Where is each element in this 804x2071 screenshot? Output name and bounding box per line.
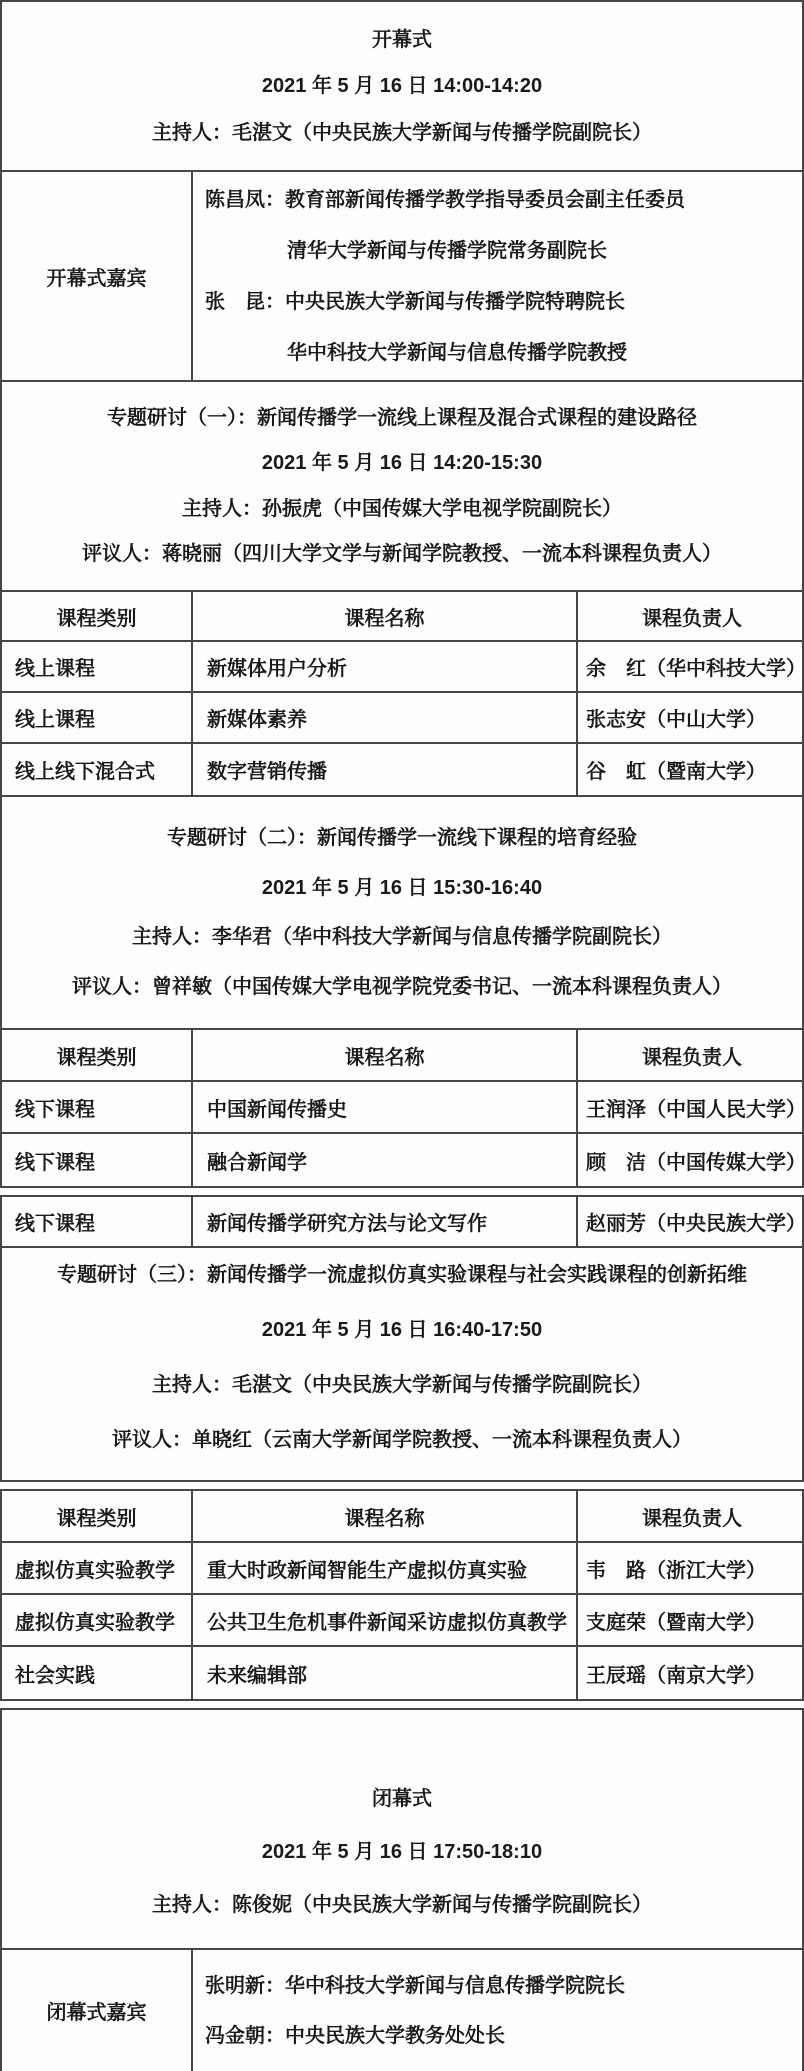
seminar1-host: 主持人：孙振虎（中国传媒大学电视学院副院长） (182, 496, 622, 522)
header-course-category: 课程类别 (2, 1030, 193, 1080)
seminar1-course-table: 课程类别 课程名称 课程负责人 线上课程 新媒体用户分析 余 红（华中科技大学）… (0, 592, 804, 797)
course-row: 线下课程 中国新闻传播史 王润泽（中国人民大学） (2, 1082, 802, 1134)
conference-agenda-document: 开幕式 2021 年 5 月 16 日 14:00-14:20 主持人：毛湛文（… (0, 0, 804, 2071)
seminar2-host: 主持人：李华君（华中科技大学新闻与信息传播学院副院长） (132, 924, 672, 950)
course-category-cell: 虚拟仿真实验教学 (2, 1543, 193, 1593)
seminar2-course-table-part-a: 课程类别 课程名称 课程负责人 线下课程 中国新闻传播史 王润泽（中国人民大学）… (0, 1030, 804, 1188)
course-row: 线上课程 新媒体素养 张志安（中山大学） (2, 693, 802, 744)
seminar1-section: 专题研讨（一）：新闻传播学一流线上课程及混合式课程的建设路径 2021 年 5 … (0, 382, 804, 592)
guest-line: 华中科技大学新闻与信息传播学院教授 (205, 340, 802, 366)
course-category-cell: 社会实践 (2, 1647, 193, 1699)
seminar3-datetime: 2021 年 5 月 16 日 16:40-17:50 (262, 1317, 542, 1343)
seminar2-title: 专题研讨（二）：新闻传播学一流线下课程的培育经验 (167, 825, 637, 851)
seminar2-reviewer: 评议人：曾祥敏（中国传媒大学电视学院党委书记、一流本科课程负责人） (72, 974, 732, 1000)
table-header-row: 课程类别 课程名称 课程负责人 (2, 1491, 802, 1543)
header-course-category: 课程类别 (2, 1491, 193, 1541)
closing-section: 闭幕式 2021 年 5 月 16 日 17:50-18:10 主持人：陈俊妮（… (0, 1708, 804, 1950)
course-name-cell: 未来编辑部 (193, 1647, 578, 1699)
course-category-cell: 虚拟仿真实验教学 (2, 1595, 193, 1645)
table-header-row: 课程类别 课程名称 课程负责人 (2, 1030, 802, 1082)
course-leader-cell: 王辰瑶（南京大学） (578, 1647, 804, 1699)
header-course-category: 课程类别 (2, 592, 193, 640)
seminar3-course-table: 课程类别 课程名称 课程负责人 虚拟仿真实验教学 重大时政新闻智能生产虚拟仿真实… (0, 1489, 804, 1701)
course-leader-cell: 顾 洁（中国传媒大学） (578, 1134, 804, 1186)
closing-guests-list: 张明新：华中科技大学新闻与信息传播学院院长 冯金朝：中央民族大学教务处处长 (193, 1950, 802, 2071)
opening-section: 开幕式 2021 年 5 月 16 日 14:00-14:20 主持人：毛湛文（… (0, 0, 804, 172)
seminar1-title: 专题研讨（一）：新闻传播学一流线上课程及混合式课程的建设路径 (107, 405, 697, 431)
table-split-gap (0, 1701, 804, 1708)
course-name-cell: 新媒体素养 (193, 693, 578, 742)
course-name-cell: 融合新闻学 (193, 1134, 578, 1186)
course-category-cell: 线上线下混合式 (2, 744, 193, 795)
course-category-cell: 线下课程 (2, 1134, 193, 1186)
course-leader-cell: 韦 路（浙江大学） (578, 1543, 804, 1593)
table-split-gap (0, 1482, 804, 1489)
course-row: 线下课程 新闻传播学研究方法与论文写作 赵丽芳（中央民族大学） (2, 1197, 802, 1246)
closing-host: 主持人：陈俊妮（中央民族大学新闻与传播学院副院长） (152, 1892, 652, 1918)
opening-datetime: 2021 年 5 月 16 日 14:00-14:20 (262, 73, 542, 99)
closing-title: 闭幕式 (372, 1786, 432, 1812)
table-split-gap (0, 1188, 804, 1195)
closing-guests-row: 闭幕式嘉宾 张明新：华中科技大学新闻与信息传播学院院长 冯金朝：中央民族大学教务… (0, 1950, 804, 2071)
opening-host: 主持人：毛湛文（中央民族大学新闻与传播学院副院长） (152, 120, 652, 146)
course-row: 社会实践 未来编辑部 王辰瑶（南京大学） (2, 1647, 802, 1699)
course-name-cell: 新闻传播学研究方法与论文写作 (193, 1197, 578, 1246)
guest-line: 冯金朝：中央民族大学教务处处长 (205, 2023, 802, 2049)
course-leader-cell: 赵丽芳（中央民族大学） (578, 1197, 804, 1246)
guest-line: 张 昆：中央民族大学新闻与传播学院特聘院长 (205, 289, 802, 315)
seminar3-title: 专题研讨（三）：新闻传播学一流虚拟仿真实验课程与社会实践课程的创新拓维 (57, 1262, 747, 1288)
seminar3-reviewer: 评议人：单晓红（云南大学新闻学院教授、一流本科课程负责人） (112, 1427, 692, 1453)
header-course-name: 课程名称 (193, 1030, 578, 1080)
course-leader-cell: 余 红（华中科技大学） (578, 642, 804, 691)
header-course-name: 课程名称 (193, 1491, 578, 1541)
course-category-cell: 线上课程 (2, 693, 193, 742)
guest-line: 陈昌凤：教育部新闻传播学教学指导委员会副主任委员 (205, 187, 802, 213)
seminar1-datetime: 2021 年 5 月 16 日 14:20-15:30 (262, 450, 542, 476)
header-course-leader: 课程负责人 (578, 592, 804, 640)
seminar3-host: 主持人：毛湛文（中央民族大学新闻与传播学院副院长） (152, 1372, 652, 1398)
course-leader-cell: 谷 虹（暨南大学） (578, 744, 804, 795)
opening-guests-list: 陈昌凤：教育部新闻传播学教学指导委员会副主任委员 清华大学新闻与传播学院常务副院… (193, 172, 802, 380)
seminar2-section: 专题研讨（二）：新闻传播学一流线下课程的培育经验 2021 年 5 月 16 日… (0, 797, 804, 1030)
seminar2-course-table-part-b: 线下课程 新闻传播学研究方法与论文写作 赵丽芳（中央民族大学） (0, 1195, 804, 1248)
course-leader-cell: 张志安（中山大学） (578, 693, 804, 742)
header-course-leader: 课程负责人 (578, 1030, 804, 1080)
course-leader-cell: 支庭荣（暨南大学） (578, 1595, 804, 1645)
opening-guests-row: 开幕式嘉宾 陈昌凤：教育部新闻传播学教学指导委员会副主任委员 清华大学新闻与传播… (0, 172, 804, 382)
seminar3-section: 专题研讨（三）：新闻传播学一流虚拟仿真实验课程与社会实践课程的创新拓维 2021… (0, 1248, 804, 1482)
seminar2-datetime: 2021 年 5 月 16 日 15:30-16:40 (262, 875, 542, 901)
course-row: 线上课程 新媒体用户分析 余 红（华中科技大学） (2, 642, 802, 693)
opening-guests-label: 开幕式嘉宾 (2, 172, 193, 380)
course-name-cell: 中国新闻传播史 (193, 1082, 578, 1132)
header-course-leader: 课程负责人 (578, 1491, 804, 1541)
course-category-cell: 线下课程 (2, 1197, 193, 1246)
course-leader-cell: 王润泽（中国人民大学） (578, 1082, 804, 1132)
course-category-cell: 线上课程 (2, 642, 193, 691)
course-name-cell: 重大时政新闻智能生产虚拟仿真实验 (193, 1543, 578, 1593)
course-row: 线上线下混合式 数字营销传播 谷 虹（暨南大学） (2, 744, 802, 795)
closing-datetime: 2021 年 5 月 16 日 17:50-18:10 (262, 1839, 542, 1865)
course-row: 虚拟仿真实验教学 公共卫生危机事件新闻采访虚拟仿真教学 支庭荣（暨南大学） (2, 1595, 802, 1647)
course-name-cell: 公共卫生危机事件新闻采访虚拟仿真教学 (193, 1595, 578, 1645)
seminar1-reviewer: 评议人：蒋晓丽（四川大学文学与新闻学院教授、一流本科课程负责人） (82, 541, 722, 567)
closing-guests-label: 闭幕式嘉宾 (2, 1950, 193, 2071)
guest-line: 清华大学新闻与传播学院常务副院长 (205, 238, 802, 264)
guest-line: 张明新：华中科技大学新闻与信息传播学院院长 (205, 1973, 802, 1999)
opening-title: 开幕式 (372, 27, 432, 53)
header-course-name: 课程名称 (193, 592, 578, 640)
table-header-row: 课程类别 课程名称 课程负责人 (2, 592, 802, 642)
course-name-cell: 数字营销传播 (193, 744, 578, 795)
course-row: 线下课程 融合新闻学 顾 洁（中国传媒大学） (2, 1134, 802, 1186)
course-name-cell: 新媒体用户分析 (193, 642, 578, 691)
course-row: 虚拟仿真实验教学 重大时政新闻智能生产虚拟仿真实验 韦 路（浙江大学） (2, 1543, 802, 1595)
course-category-cell: 线下课程 (2, 1082, 193, 1132)
